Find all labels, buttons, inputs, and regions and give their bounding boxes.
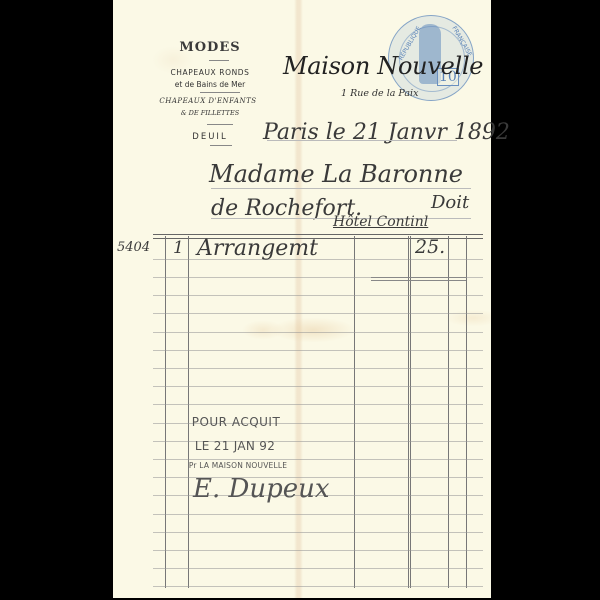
column-line — [188, 236, 189, 588]
letterhead-line: CHAPEAUX D'ENFANTS — [143, 97, 273, 105]
row-rule — [153, 332, 483, 333]
row-rule — [153, 568, 483, 569]
signature: E. Dupeux — [193, 474, 330, 504]
receipt-stamp-date: LE 21 JAN 92 — [185, 439, 285, 453]
row-rule — [153, 368, 483, 369]
column-line — [448, 236, 449, 588]
recipient-hotel: Hôtel Continl — [333, 214, 428, 230]
item-amount: 25. — [415, 236, 445, 258]
row-rule — [153, 459, 483, 460]
column-line — [466, 236, 467, 588]
column-line — [410, 236, 411, 588]
row-rule — [153, 386, 483, 387]
receipt-stamp-line: POUR ACQUIT — [181, 415, 291, 429]
row-rule — [153, 550, 483, 551]
letterhead-line: CHAPEAUX RONDS — [145, 68, 275, 77]
writing-rule — [211, 188, 471, 189]
column-line — [165, 236, 166, 588]
invoice-date: Paris le 21 Janvr 1892 — [263, 120, 510, 145]
row-rule — [153, 532, 483, 533]
letterhead-line: DEUIL — [145, 132, 275, 142]
letterhead-title: MODES — [155, 40, 265, 55]
ornament-rule — [209, 60, 229, 61]
row-rule — [153, 350, 483, 351]
house-name: Maison Nouvelle — [283, 52, 483, 80]
letterhead-line: et de Bains de Mer — [145, 80, 275, 89]
ornament-rule — [200, 92, 240, 93]
row-rule — [153, 514, 483, 515]
letterhead-line: & DE FILLETTES — [145, 109, 275, 117]
column-line — [354, 236, 355, 588]
ornament-rule — [210, 145, 232, 146]
row-rule — [153, 586, 483, 587]
receipt-stamp-house: Pr LA MAISON NOUVELLE — [173, 461, 303, 470]
total-rule — [371, 277, 466, 281]
writing-rule — [267, 140, 457, 141]
row-rule — [153, 295, 483, 296]
invoice-paper: MODES CHAPEAUX RONDS et de Bains de Mer … — [113, 0, 491, 598]
house-address: 1 Rue de la Paix — [341, 88, 418, 99]
item-reference: 5404 — [117, 240, 150, 255]
row-rule — [153, 313, 483, 314]
ornament-rule — [207, 124, 233, 125]
recipient-name: Madame La Baronne — [209, 160, 463, 188]
row-rule — [153, 404, 483, 405]
doit-label: Doit — [431, 192, 469, 213]
column-line — [408, 236, 409, 588]
item-quantity: 1 — [173, 238, 184, 258]
item-description: Arrangemt — [197, 236, 318, 261]
